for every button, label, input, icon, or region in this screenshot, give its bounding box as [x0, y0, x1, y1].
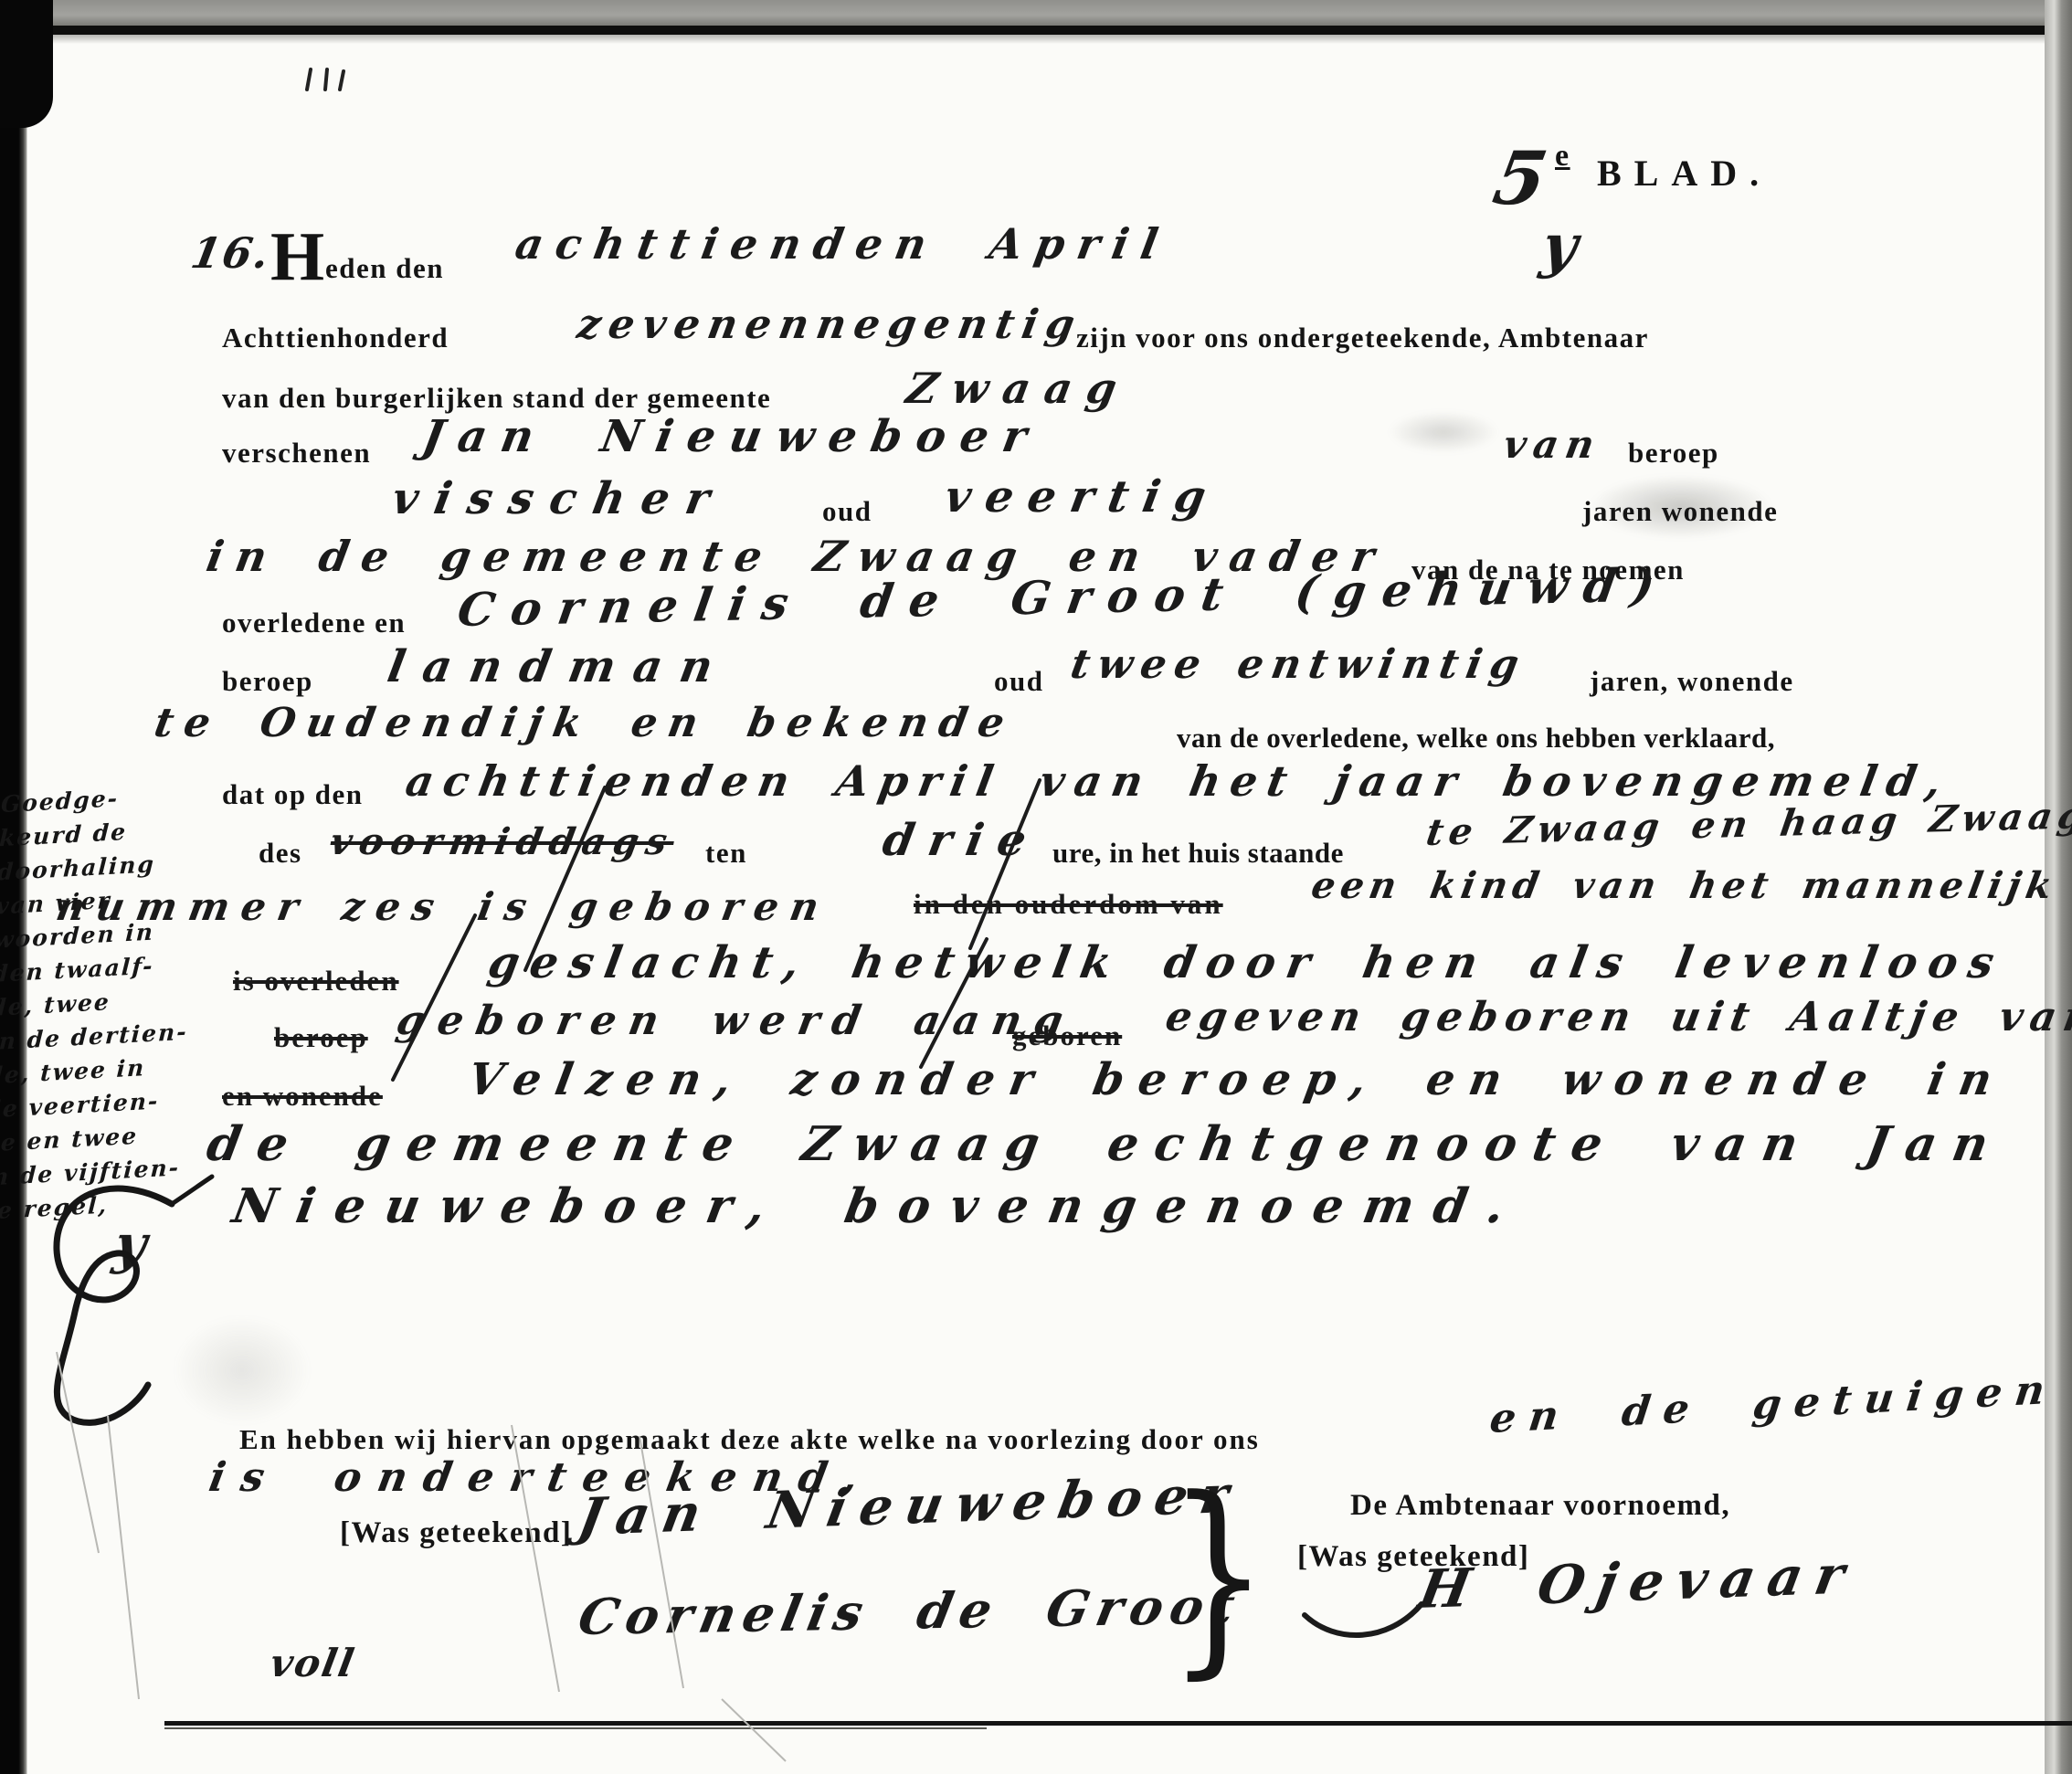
line2-printed-year: Achttienhonderd — [222, 322, 449, 354]
page-edge-left-corner — [0, 0, 53, 128]
line12-struck-printed: in den ouderdom van — [914, 888, 1223, 921]
line11-entry-hour: drie — [879, 815, 1044, 866]
line5-printed-oud: oud — [822, 495, 872, 528]
line8-entry-age: twee entwintig — [1067, 641, 1530, 688]
scratches — [57, 1352, 786, 1761]
sheet-label: BLAD. — [1597, 152, 1771, 195]
line11-printed-huis: ure, in het huis staande — [1052, 837, 1344, 870]
signature-flourish — [1305, 1604, 1422, 1635]
line1-printed: eden den — [325, 252, 444, 285]
line3-entry-municipality: Zwaag — [903, 364, 1135, 413]
line14-struck-beroep: beroep — [274, 1021, 368, 1054]
pen-mark-margin: y — [110, 1213, 152, 1275]
line14-entry-part1: geboren werd aang — [393, 998, 1079, 1044]
line13-entry-stillborn: geslacht, hetwelk door hen als levenloos — [484, 937, 2009, 988]
line2-entry-year: zevenennegentig — [574, 301, 1086, 348]
line11-struck-voormiddags: voormiddags — [327, 820, 678, 863]
signature-brace: } — [1168, 1454, 1269, 1698]
line17-entry-surname: Nieuweboer, bovengenoemd. — [228, 1178, 1528, 1234]
signature-witness: Cornelis de Groot — [574, 1576, 1247, 1646]
line1-entry-date: achttienden April — [512, 219, 1174, 269]
line8-printed-wonende: jaren, wonende — [1590, 665, 1794, 698]
line9-entry-residence: te Oudendijk en bekende — [151, 700, 1019, 746]
line9-printed: van de overledene, welke ons hebben verk… — [1177, 722, 1775, 755]
line12-entry-housenumber: nummer zes is geboren — [53, 884, 834, 929]
bottom-rule-echo — [164, 1727, 987, 1729]
line11-printed-des: des — [259, 837, 302, 870]
page-edge-top — [0, 0, 2072, 27]
bottom-rule — [164, 1721, 2072, 1726]
act-number: 16. — [187, 228, 275, 278]
pen-mark-header: y — [1537, 212, 1582, 280]
line11-printed-ten: ten — [705, 837, 747, 870]
line14-entry-mother: egeven geboren uit Aaltje van — [1162, 994, 2072, 1040]
margin-approval-note: Goedge- keurd de doorhaling van vier woo… — [0, 778, 175, 1229]
page-edge-top-fade — [0, 35, 2072, 44]
official-title: De Ambtenaar voornoemd, — [1350, 1489, 1730, 1523]
line8-printed-oud: oud — [994, 665, 1043, 698]
line12-entry-child: een kind van het mannelijk — [1308, 864, 2061, 907]
closing-hand-suffix: en de getuigen — [1487, 1367, 2060, 1442]
line8-entry-occupation: landman — [384, 641, 735, 692]
line10-entry-date: achttienden April van het jaar bovengeme… — [402, 756, 1955, 806]
line8-printed-beroep: beroep — [222, 665, 313, 698]
line13-struck-printed: is overleden — [233, 965, 399, 998]
sheet-number-suffix: e — [1555, 139, 1570, 174]
line10-printed: dat op den — [222, 778, 364, 811]
line5-entry-age: veertig — [941, 471, 1224, 523]
tick-marks — [307, 69, 344, 90]
line5-entry-occupation: visscher — [388, 473, 730, 524]
closing-printed: En hebben wij hiervan opgemaakt deze akt… — [239, 1423, 1260, 1456]
ink-smudge — [1389, 411, 1498, 453]
sheet-number: 5 — [1487, 135, 1553, 221]
line1-dropcap: H — [270, 217, 326, 297]
line16-entry-spouse: de gemeente Zwaag echtgenoote van Jan — [203, 1116, 2009, 1172]
ink-smudge — [174, 1315, 311, 1425]
line15-entry-mother2: Velzen, zonder beroep, en wonende in — [464, 1054, 2011, 1105]
line15-struck-printed: en wonende — [222, 1080, 383, 1113]
line14-struck-geboren: geboren — [1012, 1019, 1122, 1052]
scanned-death-certificate: 5 e BLAD. y 16. H eden den achttienden A… — [0, 0, 2072, 1774]
line2-printed-official: zijn voor ons ondergeteekende, Ambtenaar — [1076, 322, 1649, 354]
was-geteekend-left: [Was geteekend] — [340, 1516, 572, 1550]
line4-entry-declarant: Jan Nieuweboer — [418, 411, 1045, 462]
line5-printed-wonende: jaren wonende — [1582, 495, 1778, 528]
pen-mark-voll: voll — [267, 1641, 359, 1685]
line4-printed-beroep: beroep — [1628, 437, 1719, 470]
line3-printed: van den burgerlijken stand der gemeente — [222, 382, 771, 415]
line4-printed-appeared: verschenen — [222, 437, 371, 470]
page-edge-top-line — [0, 26, 2072, 35]
line7-printed: overledene en — [222, 607, 406, 639]
line4-entry-van: van — [1500, 422, 1605, 467]
